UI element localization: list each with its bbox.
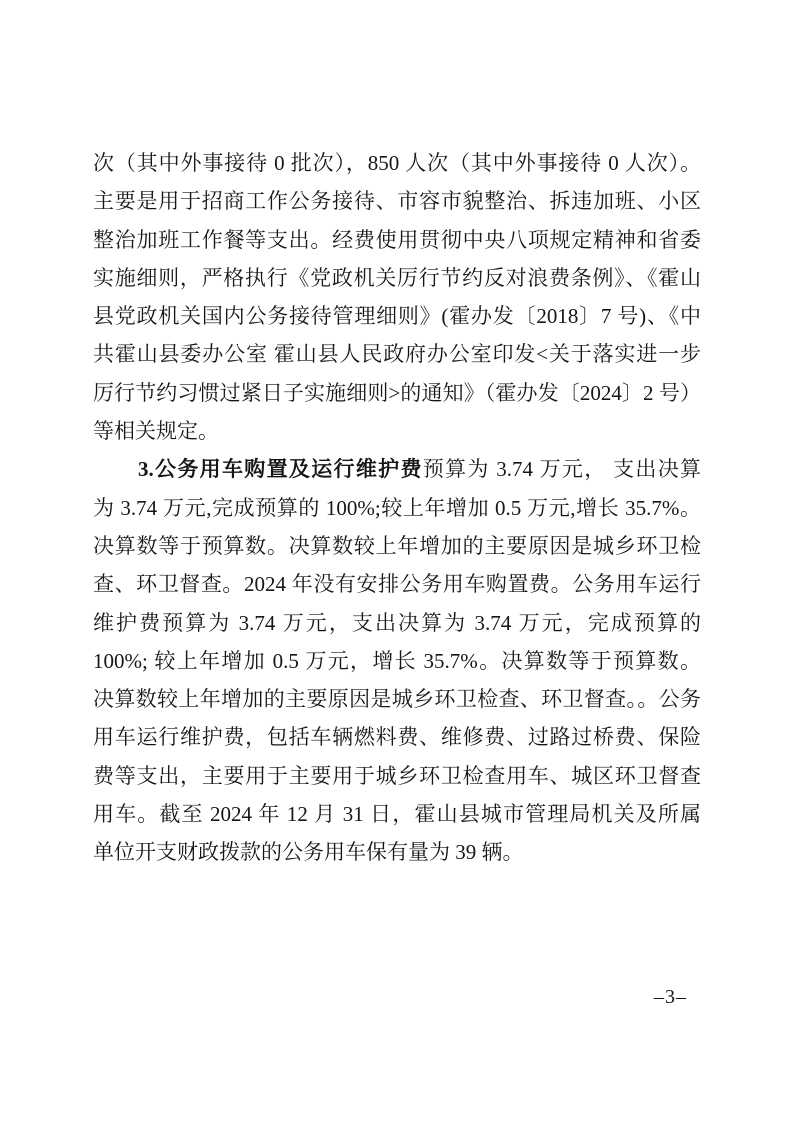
text-line: 单位开支财政拨款的公务用车保有量为 39 辆。 [93,833,701,871]
text-line: 维护费预算为 3.74 万元，支出决算为 3.74 万元，完成预算的 [93,604,701,642]
text-line: 整治加班工作餐等支出。经费使用贯彻中央八项规定精神和省委 [93,221,701,259]
page-number: –3– [654,985,687,1009]
paragraph-vehicle-expenses: 3.公务用车购置及运行维护费预算为 3.74 万元， 支出决算 为 3.74 万… [93,450,701,871]
paragraph-reception-regulations: 次（其中外事接待 0 批次），850 人次（其中外事接待 0 人次）。 主要是用… [93,144,701,450]
text-line: 费等支出，主要用于主要用于城乡环卫检查用车、城区环卫督查 [93,757,701,795]
text-line: 次（其中外事接待 0 批次），850 人次（其中外事接待 0 人次）。 [93,144,701,182]
section-heading-vehicle-costs: 3.公务用车购置及运行维护费 [138,457,423,481]
text-line: 用车运行维护费，包括车辆燃料费、维修费、过路过桥费、保险 [93,718,701,756]
text-line: 决算数较上年增加的主要原因是城乡环卫检查、环卫督查。。公务 [93,680,701,718]
text-line: 100%; 较上年增加 0.5 万元，增长 35.7%。决算数等于预算数。 [93,642,701,680]
text-line: 决算数等于预算数。决算数较上年增加的主要原因是城乡环卫检 [93,527,701,565]
text-run: 预算为 3.74 万元， 支出决算 [423,457,701,481]
text-line: 等相关规定。 [93,412,701,450]
text-line: 实施细则，严格执行《党政机关厉行节约反对浪费条例》、《霍山 [93,259,701,297]
text-line: 用车。截至 2024 年 12 月 31 日，霍山县城市管理局机关及所属 [93,795,701,833]
document-page: 次（其中外事接待 0 批次），850 人次（其中外事接待 0 人次）。 主要是用… [0,0,793,1122]
document-body: 次（其中外事接待 0 批次），850 人次（其中外事接待 0 人次）。 主要是用… [93,144,701,872]
text-line: 查、环卫督查。2024 年没有安排公务用车购置费。公务用车运行 [93,565,701,603]
text-line: 为 3.74 万元,完成预算的 100%;较上年增加 0.5 万元,增长 35.… [93,489,701,527]
text-line: 厉行节约习惯过紧日子实施细则>的通知》（霍办发〔2024〕2 号） [93,374,701,412]
text-line: 共霍山县委办公室 霍山县人民政府办公室印发<关于落实进一步 [93,335,701,373]
text-line: 主要是用于招商工作公务接待、市容市貌整治、拆违加班、小区 [93,182,701,220]
text-line: 县党政机关国内公务接待管理细则》(霍办发〔2018〕7 号)、《中 [93,297,701,335]
text-line-with-heading: 3.公务用车购置及运行维护费预算为 3.74 万元， 支出决算 [93,450,701,488]
